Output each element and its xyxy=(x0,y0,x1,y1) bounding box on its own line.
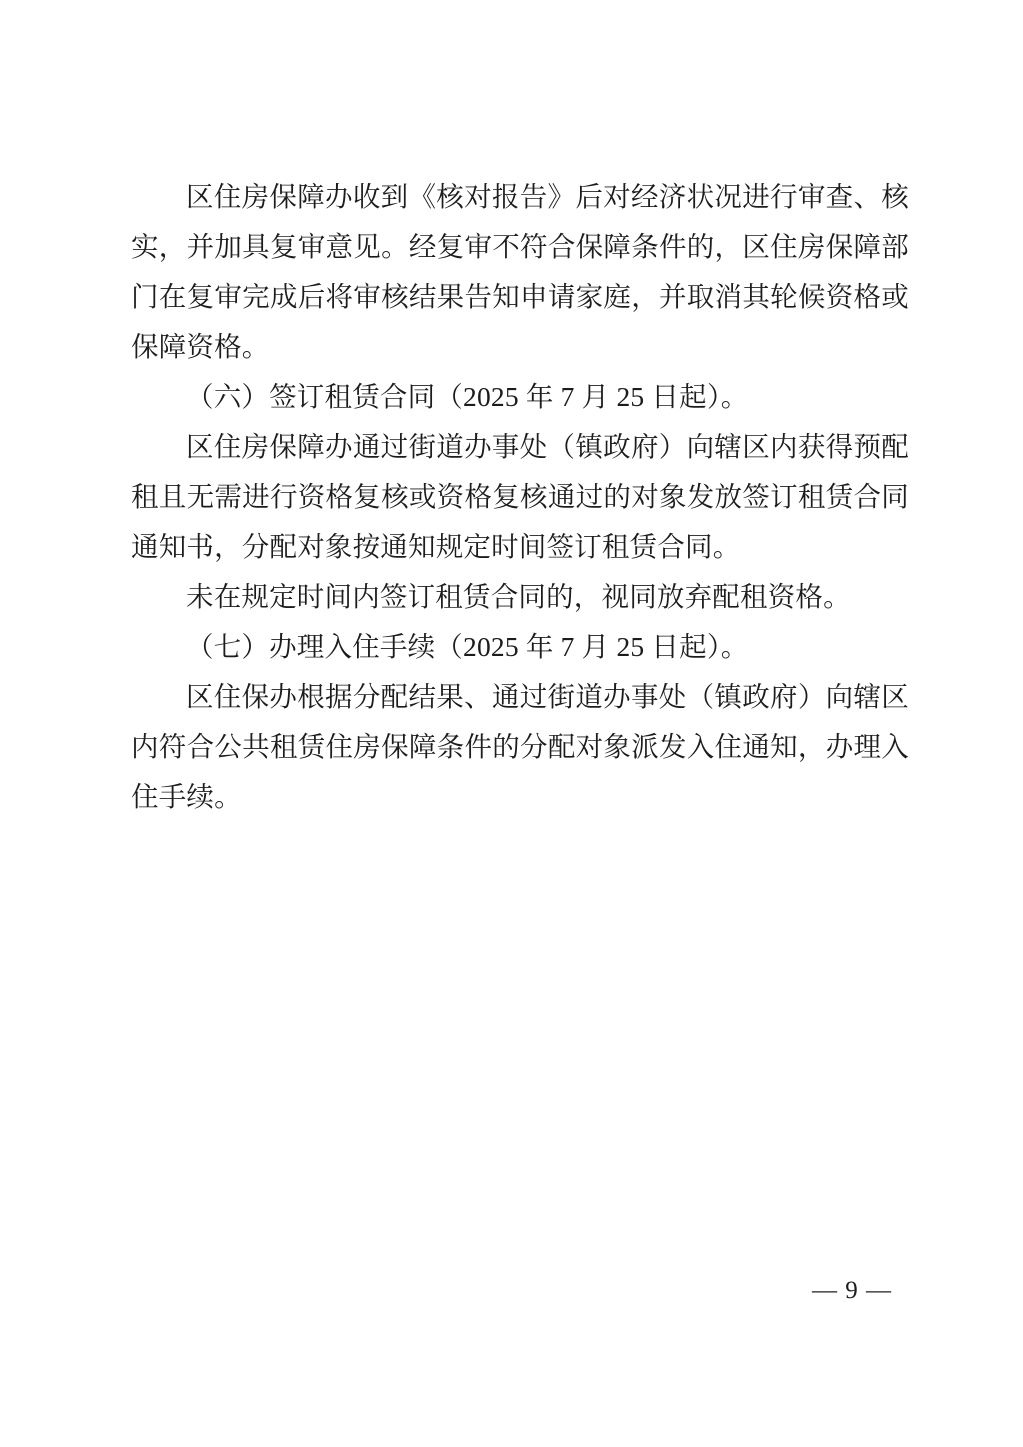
document-content: 区住房保障办收到《核对报告》后对经济状况进行审查、核实，并加具复审意见。经复审不… xyxy=(131,172,909,822)
paragraph-1: 区住房保障办收到《核对报告》后对经济状况进行审查、核实，并加具复审意见。经复审不… xyxy=(131,172,909,372)
paragraph-3: 区住房保障办通过街道办事处（镇政府）向辖区内获得预配租且无需进行资格复核或资格复… xyxy=(131,422,909,572)
paragraph-4: 未在规定时间内签订租赁合同的，视同放弃配租资格。 xyxy=(131,572,909,622)
paragraph-6: 区住保办根据分配结果、通过街道办事处（镇政府）向辖区内符合公共租赁住房保障条件的… xyxy=(131,672,909,822)
document-page: 区住房保障办收到《核对报告》后对经济状况进行审查、核实，并加具复审意见。经复审不… xyxy=(0,0,1023,1447)
paragraph-2: （六）签订租赁合同（2025 年 7 月 25 日起）。 xyxy=(131,372,909,422)
paragraph-5: （七）办理入住手续（2025 年 7 月 25 日起）。 xyxy=(131,622,909,672)
page-number: — 9 — xyxy=(812,1276,892,1306)
